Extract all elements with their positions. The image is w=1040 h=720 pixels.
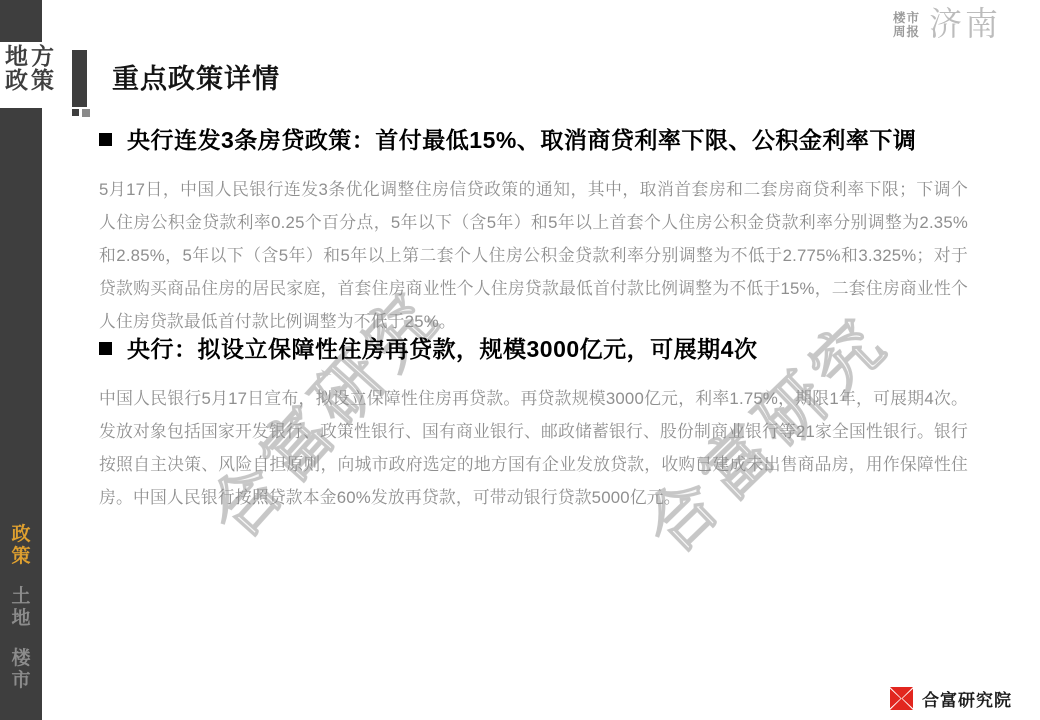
sidebar-item-housing[interactable]: 楼市 xyxy=(11,648,31,692)
bullet-square-icon xyxy=(99,133,112,146)
page-title: 重点政策详情 xyxy=(112,57,280,96)
brand-small-text: 楼市 周报 xyxy=(893,11,920,39)
section-1-body: 5月17日，中国人民银行连发3条优化调整住房信贷政策的通知，其中，取消首套房和二… xyxy=(99,173,968,338)
title-decor-square-dark xyxy=(72,109,79,116)
hefu-logo-icon xyxy=(890,687,913,710)
footer-brand: 合富研究院 xyxy=(890,686,1012,711)
section-1-heading: 央行连发3条房贷政策：首付最低15%、取消商贷利率下限、公积金利率下调 xyxy=(99,126,916,154)
section-2-body: 中国人民银行5月17日宣布，拟设立保障性住房再贷款。再贷款规模3000亿元，利率… xyxy=(99,382,968,514)
brand-small-line1: 楼市 xyxy=(893,11,920,25)
corner-section-label-line1: 地方 xyxy=(5,44,69,68)
brand-logo-top: 楼市 周报 济南 xyxy=(893,7,1001,41)
title-decor-square-gray xyxy=(82,109,90,117)
section-2-heading: 央行：拟设立保障性住房再贷款，规模3000亿元，可展期4次 xyxy=(99,335,757,363)
corner-section-label-line2: 政策 xyxy=(5,68,69,92)
section-2-heading-text: 央行：拟设立保障性住房再贷款，规模3000亿元，可展期4次 xyxy=(127,335,757,363)
sidebar-item-policy[interactable]: 政策 xyxy=(11,524,31,568)
corner-decor-block xyxy=(0,0,42,42)
brand-city-name: 济南 xyxy=(929,7,1001,41)
sidebar-item-land[interactable]: 土地 xyxy=(11,586,31,630)
title-accent-bar xyxy=(72,50,87,107)
bullet-square-icon xyxy=(99,342,112,355)
brand-small-line2: 周报 xyxy=(893,25,920,39)
footer-brand-name: 合富研究院 xyxy=(922,686,1012,711)
corner-section-label: 地方 政策 xyxy=(5,44,69,92)
report-page: 地方 政策 重点政策详情 楼市 周报 济南 合富研究 合富研究 央行连发3条房贷… xyxy=(0,0,1040,720)
sidebar-nav: 政策 土地 楼市 xyxy=(0,524,42,692)
section-1-heading-text: 央行连发3条房贷政策：首付最低15%、取消商贷利率下限、公积金利率下调 xyxy=(127,126,916,154)
